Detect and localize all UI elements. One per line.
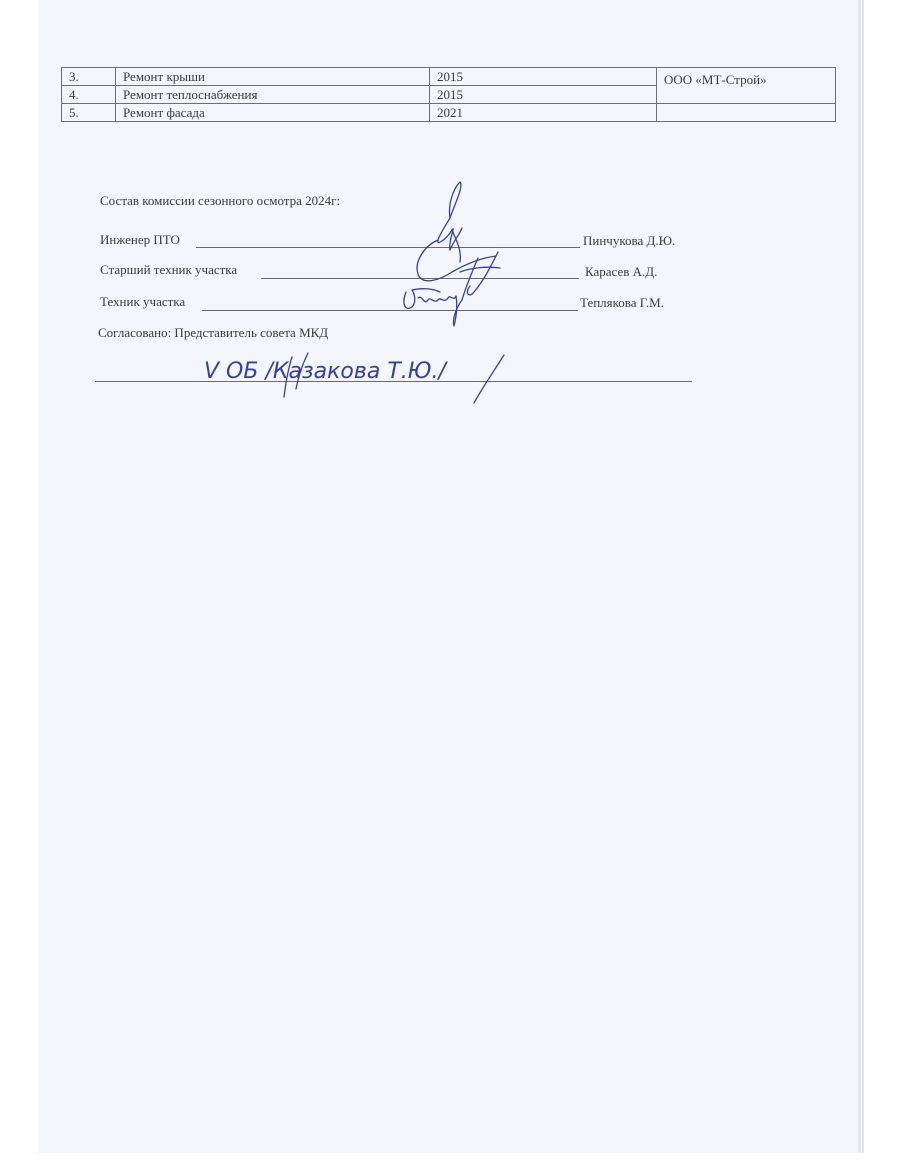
row-number: 5. bbox=[62, 104, 116, 122]
commission-title: Состав комиссии сезонного осмотра 2024г: bbox=[100, 193, 340, 209]
work-year: 2021 bbox=[430, 104, 657, 122]
member-position: Старший техник участка bbox=[100, 262, 237, 278]
work-year: 2015 bbox=[430, 68, 657, 86]
engineer-signature-icon bbox=[400, 176, 520, 331]
member-name: Карасев А.Д. bbox=[585, 264, 657, 280]
table-row: 5. Ремонт фасада 2021 bbox=[62, 104, 836, 122]
member-position: Техник участка bbox=[100, 294, 185, 310]
work-name: Ремонт фасада bbox=[116, 104, 430, 122]
member-name: Теплякова Г.М. bbox=[580, 295, 664, 311]
member-name: Пинчукова Д.Ю. bbox=[583, 233, 675, 249]
approval-handwriting: V ОБ /Казакова Т.Ю./ bbox=[204, 359, 449, 384]
row-number: 3. bbox=[62, 68, 116, 86]
work-year: 2015 bbox=[430, 86, 657, 104]
signature-line bbox=[202, 310, 578, 311]
work-name: Ремонт крыши bbox=[116, 68, 430, 86]
signature-line bbox=[196, 247, 580, 248]
approval-label: Согласовано: Представитель совета МКД bbox=[98, 325, 328, 341]
row-number: 4. bbox=[62, 86, 116, 104]
document-page: 3. Ремонт крыши 2015 ООО «МТ-Строй» 4. Р… bbox=[38, 0, 864, 1153]
contractor-cell-empty bbox=[657, 104, 836, 122]
work-name: Ремонт теплоснабжения bbox=[116, 86, 430, 104]
page-edge bbox=[858, 0, 861, 1153]
approval-signature-icon: V ОБ /Казакова Т.Ю./ bbox=[204, 345, 574, 405]
contractor-cell: ООО «МТ-Строй» bbox=[657, 68, 836, 104]
repair-works-table: 3. Ремонт крыши 2015 ООО «МТ-Строй» 4. Р… bbox=[61, 67, 836, 122]
member-position: Инженер ПТО bbox=[100, 232, 180, 248]
table-row: 3. Ремонт крыши 2015 ООО «МТ-Строй» bbox=[62, 68, 836, 86]
